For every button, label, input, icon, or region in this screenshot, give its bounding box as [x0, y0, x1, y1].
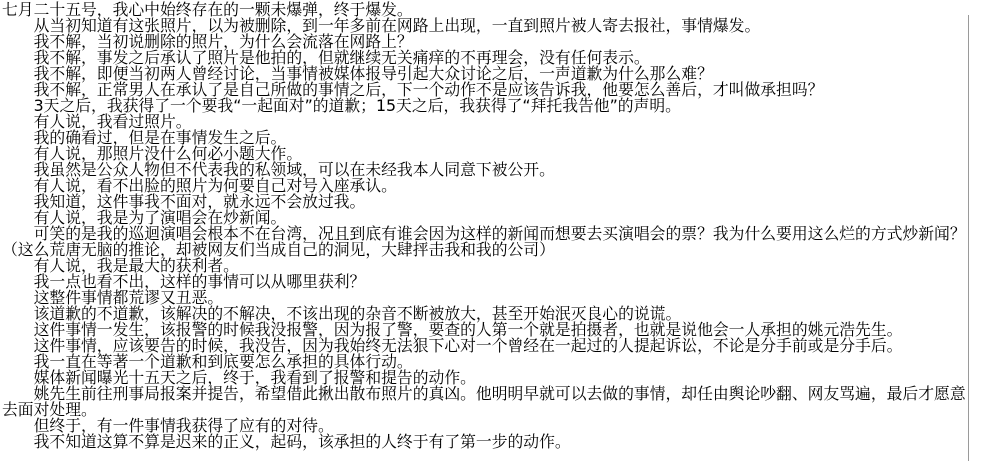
document-page: 七月二十五号，我心中始终存在的一颗未爆弹，终于爆发。 从当初知道有这张照片，以为…: [0, 0, 985, 461]
right-border-line: [968, 15, 969, 461]
document-text: 七月二十五号，我心中始终存在的一颗未爆弹，终于爆发。 从当初知道有这张照片，以为…: [2, 2, 985, 450]
text-line: 姚先生前往刑事局报案并提告，希望借此揪出散布照片的真凶。他明明早就可以去做的事情…: [2, 386, 985, 402]
text-line: 我不知道这算不算是迟来的正义，起码，该承担的人终于有了第一步的动作。: [2, 434, 985, 450]
